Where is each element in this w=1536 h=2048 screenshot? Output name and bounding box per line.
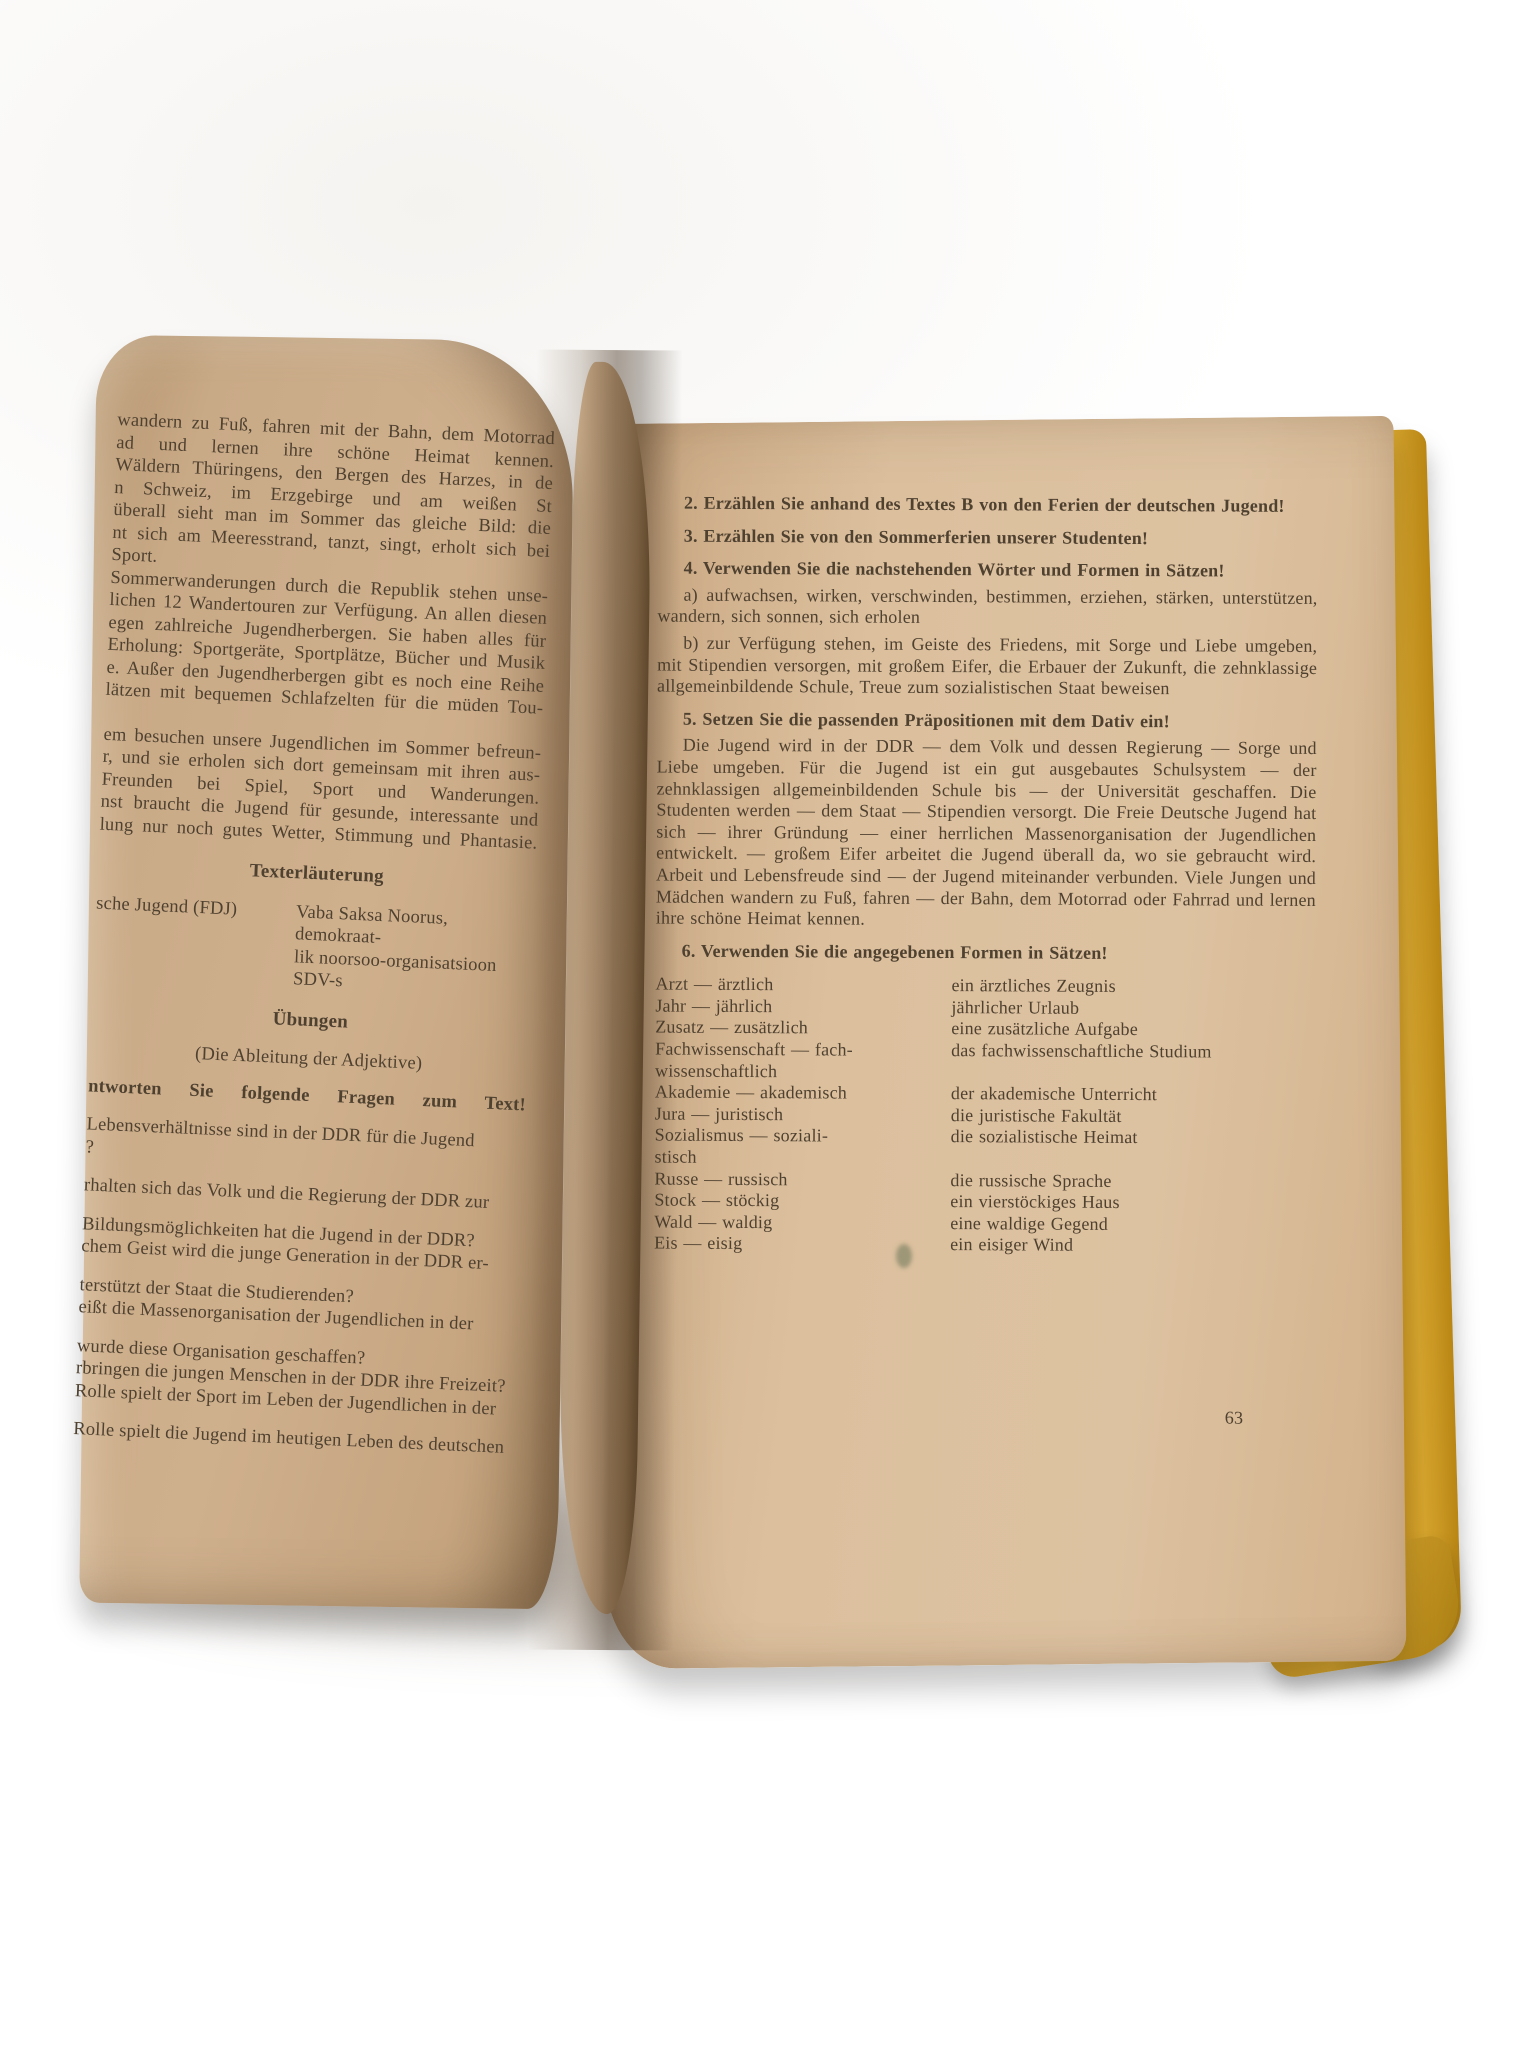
gloss-entry: sche Jugend (FDJ) Vaba Saksa Noorus, dem… [93, 892, 535, 1001]
question-group: Rolle spielt die Jugend im heutigen Lebe… [73, 1418, 512, 1460]
word-pair-example: ein vierstöckiges Haus [950, 1191, 1314, 1214]
exercise-item: b) zur Verfügung stehen, im Geiste des F… [657, 633, 1317, 701]
word-pair-row: Fachwissenschaft — fach- wissenschaftlic… [655, 1039, 1315, 1086]
word-pair-row: Eis — eisig ein eisiger Wind [654, 1233, 1314, 1258]
question-group: terstützt der Staat die Studierenden?eiß… [78, 1274, 518, 1338]
question-line: rhalten sich das Volk und die Regierung … [83, 1174, 522, 1216]
question-group: Bildungsmöglichkeiten hat die Jugend in … [81, 1213, 521, 1277]
right-page-text: 2. Erzählen Sie anhand des Textes B von … [653, 482, 1318, 1430]
gloss-definition: Vaba Saksa Noorus, demokraat-lik noorsoo… [293, 901, 535, 1001]
question-line: Rolle spielt die Jugend im heutigen Lebe… [73, 1418, 512, 1460]
word-pair-example: eine zusätzliche Aufgabe [951, 1019, 1315, 1042]
exercise-item: a) aufwachsen, wirken, verschwinden, bes… [657, 584, 1317, 631]
paragraph-1: wandern zu Fuß, fahren mit der Bahn, dem… [105, 409, 555, 720]
uebungen-subheading: (Die Ableitung der Adjektive) [89, 1038, 528, 1080]
exercise1-intro: ntworten Sie folgende Fragen zum Text! [88, 1075, 527, 1117]
question-group: Lebensverhältnisse sind in der DDR für d… [85, 1113, 525, 1177]
word-pair-derivation: Fachwissenschaft — fach- wissenschaftlic… [655, 1039, 951, 1084]
word-pair-example: eine waldige Gegend [950, 1213, 1314, 1236]
word-pair-example: ein ärztliches Zeugnis [951, 975, 1315, 998]
page-number: 63 [653, 1405, 1313, 1430]
word-pair-example: ein eisiger Wind [950, 1234, 1314, 1257]
paragraph-2: em besuchen unsere Jugendlichen im Somme… [99, 723, 541, 854]
exercise-item: Die Jugend wird in der DDR — dem Volk un… [656, 735, 1317, 933]
uebungen-heading: Übungen [91, 1000, 530, 1042]
exercise-item: 6. Verwenden Sie die angegebenen Formen … [656, 940, 1316, 965]
texterlaeuterung-heading: Texterläuterung [97, 854, 536, 896]
left-page: wandern zu Fuß, fahren mit der Bahn, dem… [79, 335, 575, 1610]
word-pair-derivation: Russe — russisch [654, 1168, 950, 1191]
word-pair-derivation: Sozialismus — soziali- stisch [655, 1125, 951, 1170]
word-pair-derivation: Zusatz — zusätzlich [655, 1017, 951, 1040]
question-group: wurde diese Organisation geschaffen?rbri… [74, 1335, 515, 1422]
word-pair-derivation: Wald — waldig [654, 1211, 950, 1234]
exercise-item-list: 2. Erzählen Sie anhand des Textes B von … [656, 493, 1318, 966]
word-pair-example: die russische Sprache [950, 1170, 1314, 1193]
left-page-text: wandern zu Fuß, fahren mit der Bahn, dem… [73, 409, 556, 1460]
word-pair-derivation: Jahr — jährlich [655, 995, 951, 1018]
word-pair-derivation: Arzt — ärztlich [655, 974, 951, 997]
word-pair-row: Sozialismus — soziali- stisch die sozial… [655, 1125, 1315, 1172]
word-pair-example: die sozialistische Heimat [951, 1127, 1315, 1172]
word-pair-derivation: Jura — juristisch [655, 1103, 951, 1126]
word-pair-example: die juristische Fakultät [951, 1105, 1315, 1128]
question-list: Lebensverhältnisse sind in der DDR für d… [73, 1113, 525, 1459]
word-pair-example: das fachwissenschaftliche Studium [951, 1040, 1315, 1085]
book-photo: 2. Erzählen Sie anhand des Textes B von … [0, 0, 1536, 2048]
word-pair-derivation: Akademie — akademisch [655, 1082, 951, 1105]
word-pair-derivation: Stock — stöckig [654, 1190, 950, 1213]
exercise-item: 2. Erzählen Sie anhand des Textes B von … [658, 493, 1318, 518]
exercise-item: 4. Verwenden Sie die nachstehenden Wörte… [658, 558, 1318, 583]
word-pair-example: der akademische Unterricht [951, 1083, 1315, 1106]
word-pair-example: jährlicher Urlaub [951, 997, 1315, 1020]
gloss-term: sche Jugend (FDJ) [93, 892, 297, 991]
word-pairs-table: Arzt — ärztlich ein ärztliches Zeugnis J… [654, 974, 1315, 1258]
exercise-item: 3. Erzählen Sie von den Sommerferien uns… [658, 525, 1318, 550]
exercise-item: 5. Setzen Sie die passenden Präpositione… [657, 708, 1317, 733]
ink-smudge [896, 1244, 912, 1268]
question-group: rhalten sich das Volk und die Regierung … [83, 1174, 522, 1216]
right-page: 2. Erzählen Sie anhand des Textes B von … [594, 416, 1407, 1669]
